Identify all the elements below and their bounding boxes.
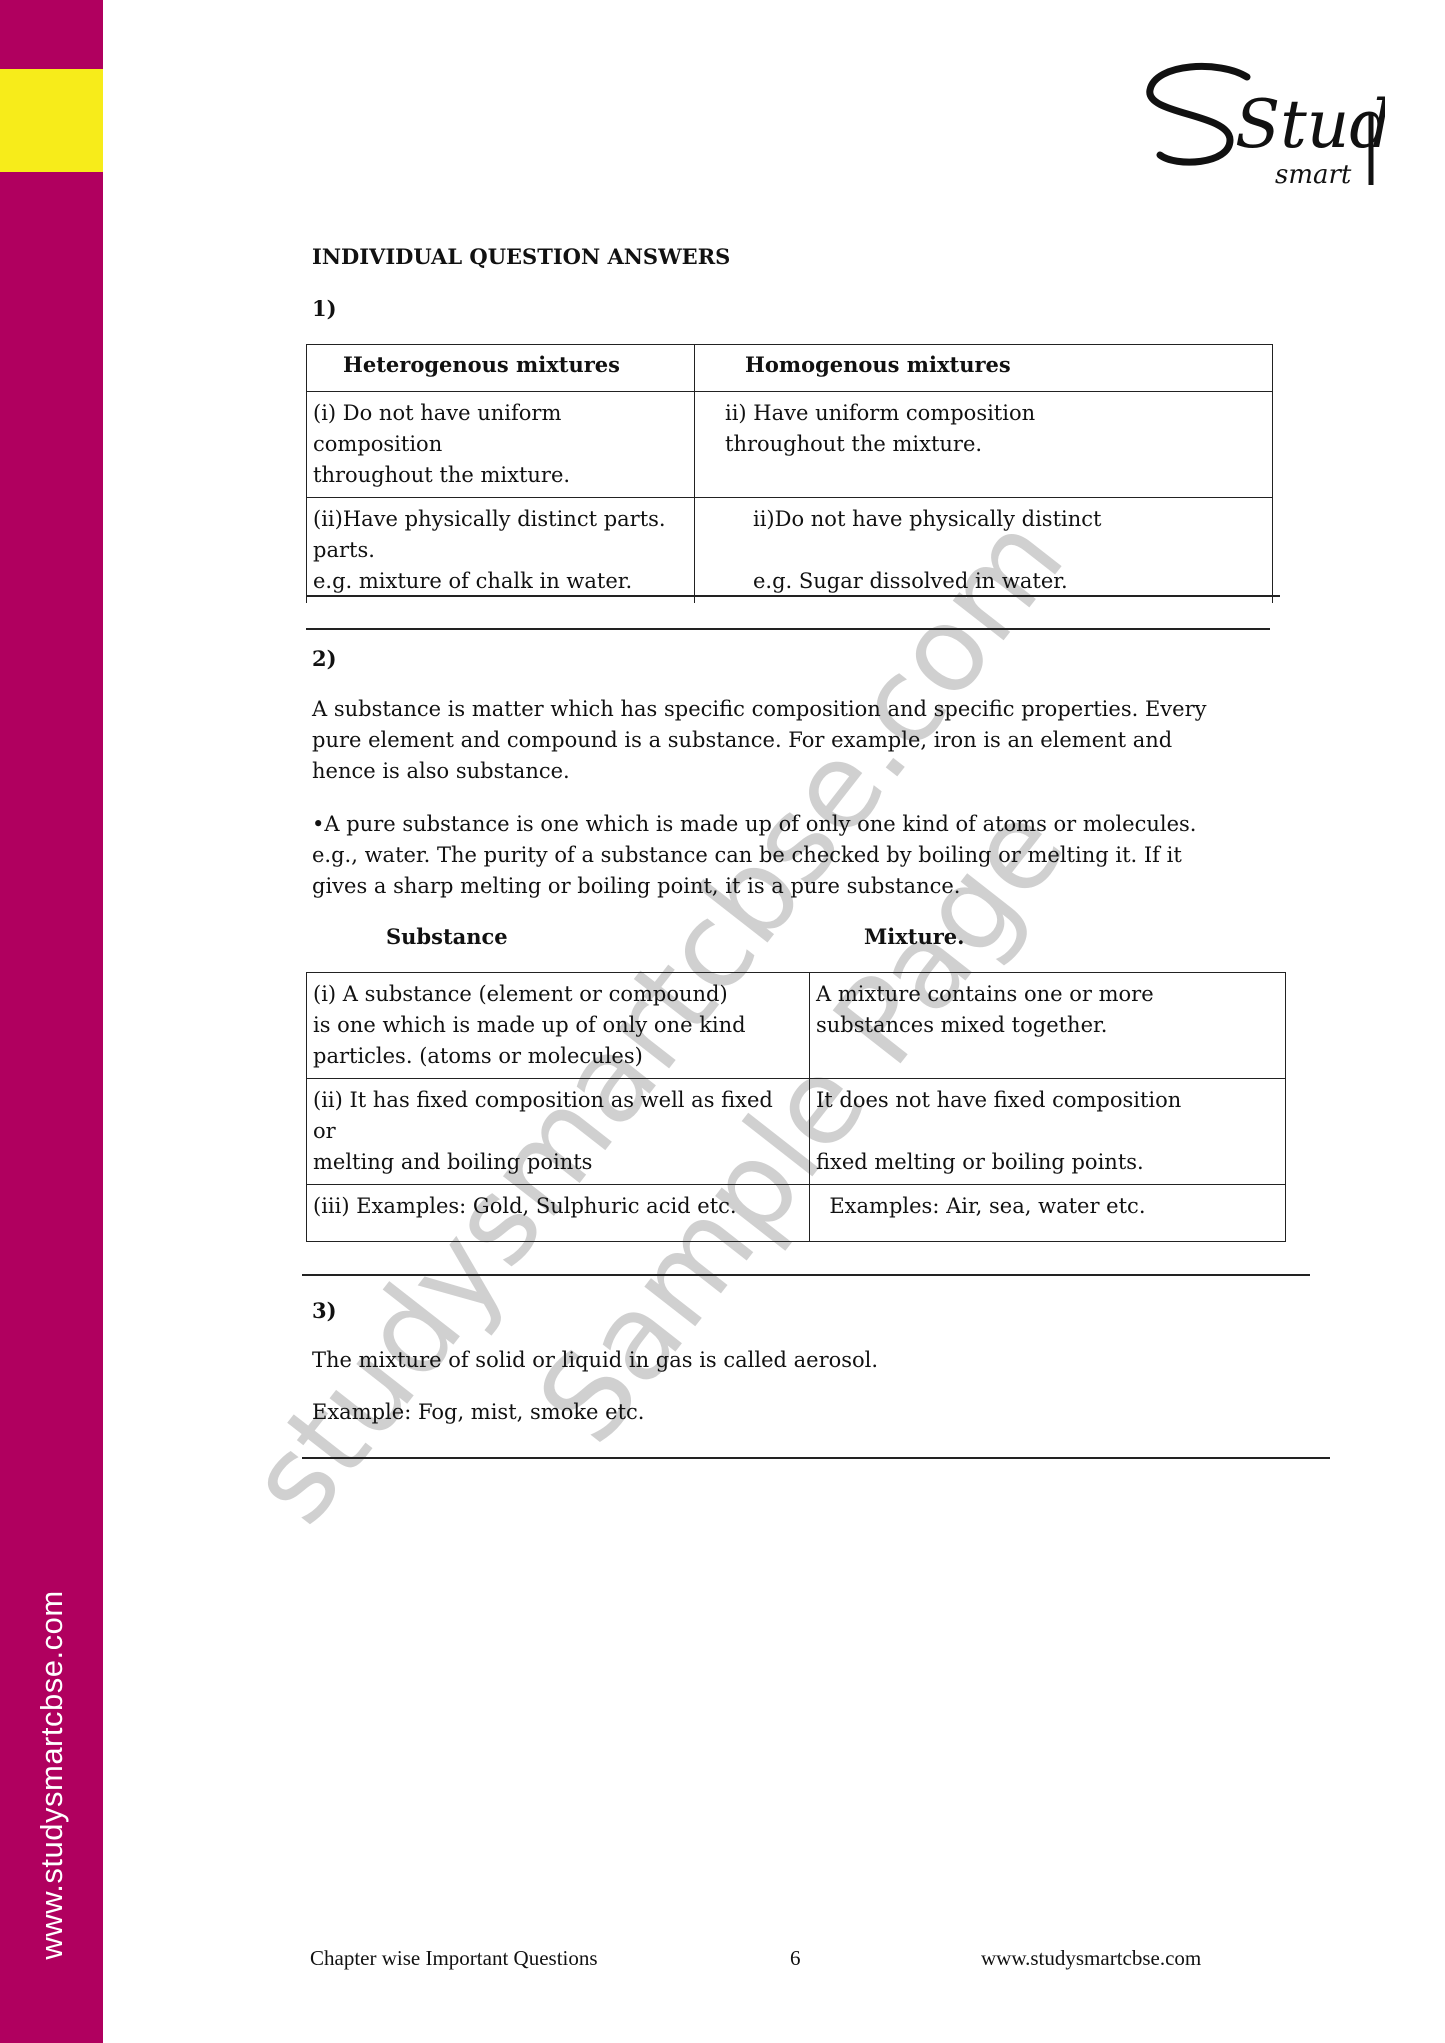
table-row: (i) A substance (element or compound) is… — [307, 973, 1286, 1079]
question-3-number: 3) — [312, 1298, 337, 1323]
table-header-homogenous: Homogenous mixtures — [695, 345, 1273, 392]
q3-line-2: Example: Fog, mist, smoke etc. — [312, 1397, 644, 1428]
table-cell: It does not have fixed composition fixed… — [810, 1079, 1286, 1185]
divider — [306, 628, 1270, 630]
svg-text:Study: Study — [1235, 86, 1385, 163]
table-header-row: Heterogenous mixtures Homogenous mixture… — [307, 345, 1273, 392]
q2-paragraph-1: A substance is matter which has specific… — [312, 694, 1212, 787]
table-cell: (i) A substance (element or compound) is… — [307, 973, 810, 1079]
table-cell: A mixture contains one or more substance… — [810, 973, 1286, 1079]
q3-line-1: The mixture of solid or liquid in gas is… — [312, 1345, 878, 1376]
table-cell: ii) Have uniform composition throughout … — [695, 392, 1273, 498]
q2-paragraph-2: •A pure substance is one which is made u… — [312, 809, 1212, 902]
footer-website-link[interactable]: www.studysmartcbse.com — [981, 1946, 1201, 1971]
footer-page-number: 6 — [790, 1946, 801, 1971]
divider — [302, 1274, 1310, 1276]
table-cell: (ii) It has fixed composition as well as… — [307, 1079, 810, 1185]
svg-text:smart: smart — [1275, 160, 1352, 190]
substance-mixture-table: (i) A substance (element or compound) is… — [306, 972, 1286, 1242]
table-row: (ii) It has fixed composition as well as… — [307, 1079, 1286, 1185]
table-header-heterogenous: Heterogenous mixtures — [307, 345, 695, 392]
table-row: (iii) Examples: Gold, Sulphuric acid etc… — [307, 1185, 1286, 1242]
table-header-substance: Substance — [386, 924, 508, 949]
table-cell: ii)Do not have physically distinct e.g. … — [695, 498, 1273, 604]
question-2-number: 2) — [312, 646, 337, 671]
heterogenous-homogenous-table: Heterogenous mixtures Homogenous mixture… — [306, 344, 1273, 603]
table-cell: (ii)Have physically distinct parts. part… — [307, 498, 695, 604]
table-cell: (iii) Examples: Gold, Sulphuric acid etc… — [307, 1185, 810, 1242]
table-cell: Examples: Air, sea, water etc. — [810, 1185, 1286, 1242]
table-row: (i) Do not have uniform composition thro… — [307, 392, 1273, 498]
divider — [302, 1457, 1330, 1459]
table-row: (ii)Have physically distinct parts. part… — [307, 498, 1273, 604]
logo-script-icon: Study smart — [1135, 55, 1385, 195]
divider — [306, 595, 1280, 597]
sidebar-website-url: www.studysmartcbse.com — [34, 1590, 70, 1959]
sidebar-band: www.studysmartcbse.com — [0, 0, 103, 2043]
table-header-mixture: Mixture. — [864, 924, 964, 949]
question-1-number: 1) — [312, 296, 337, 321]
page-heading: INDIVIDUAL QUESTION ANSWERS — [312, 244, 730, 269]
footer-chapter-label: Chapter wise Important Questions — [310, 1946, 598, 1971]
study-smart-logo: Study smart — [1135, 55, 1385, 195]
table-cell: (i) Do not have uniform composition thro… — [307, 392, 695, 498]
yellow-accent-band — [0, 69, 103, 172]
